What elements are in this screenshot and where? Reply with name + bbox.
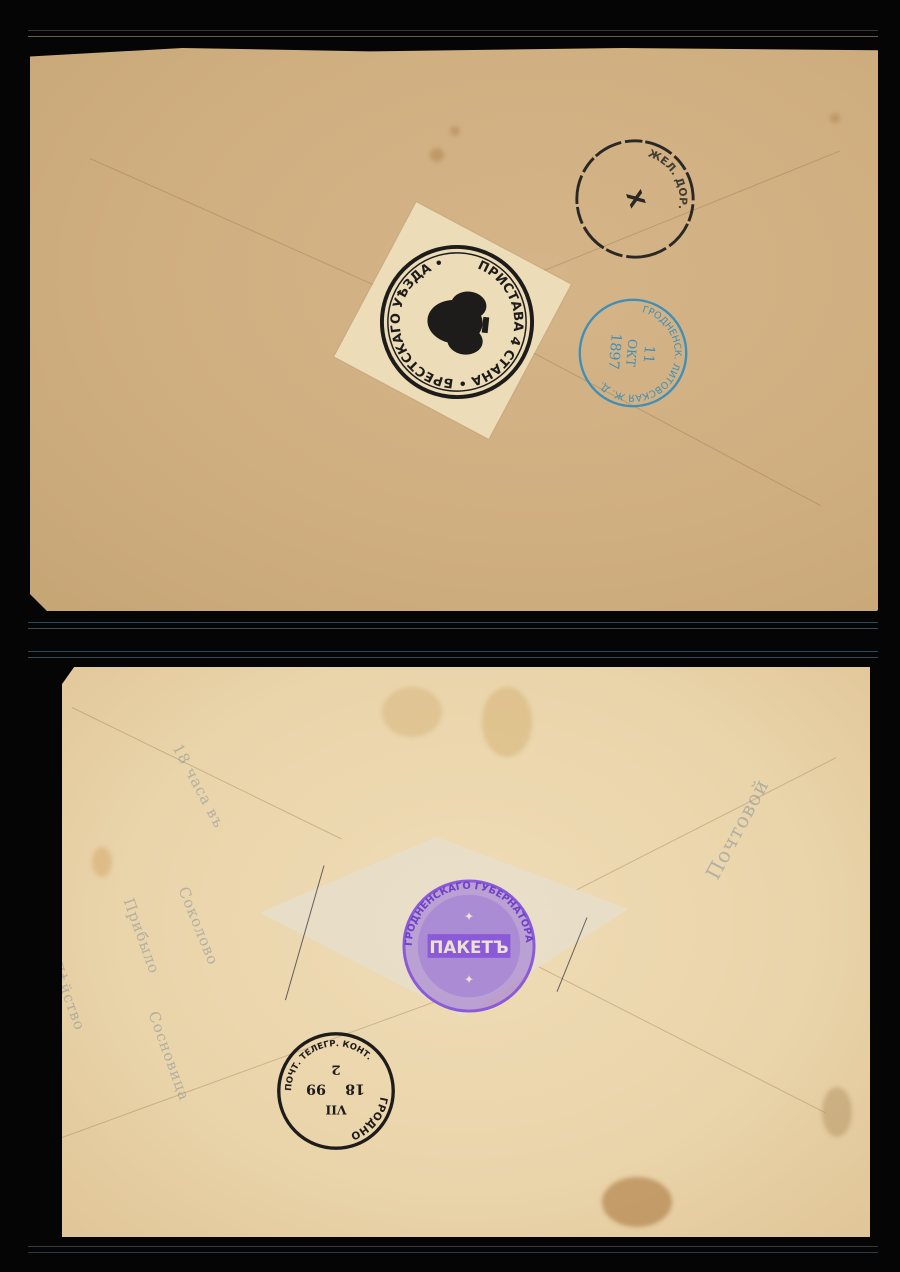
stock-card-rule xyxy=(28,1252,878,1253)
stock-card-rule xyxy=(28,36,878,37)
svg-text:✦: ✦ xyxy=(464,972,474,986)
svg-text:11: 11 xyxy=(640,345,658,364)
faint-printed-text: Почтовой xyxy=(701,775,774,884)
svg-text:VII: VII xyxy=(325,1102,347,1117)
violet-packet-seal: ГРОДНЕНСКАГО ГУБЕРНАТОРА ПАКЕТЪ ✦ ✦ xyxy=(400,877,538,1015)
svg-text:X: X xyxy=(620,187,649,211)
faint-printed-text: 18 часа въ xyxy=(169,741,228,831)
postmark-grodno: ГРОДНО ПОЧТ. ТЕЛЕГР. КОНТ. VII 18 99 2 xyxy=(274,1029,398,1153)
stain xyxy=(830,113,840,123)
stain xyxy=(382,687,442,737)
envelope-top: ПРИСТАВА 4 СТАНА • БРЕСТСКАГО УѢЗДА • ЖЕ… xyxy=(30,48,878,611)
stain xyxy=(602,1177,672,1227)
stock-card-rule xyxy=(28,657,878,658)
stain xyxy=(450,126,460,136)
stock-card-rule xyxy=(28,651,878,652)
flap-fold xyxy=(542,757,836,908)
stock-card-rule xyxy=(28,30,878,31)
svg-text:ОКТ: ОКТ xyxy=(623,338,639,368)
stain xyxy=(482,687,532,757)
svg-text:99: 99 xyxy=(306,1080,326,1096)
stain xyxy=(822,1087,852,1137)
official-seal-stamp: ПРИСТАВА 4 СТАНА • БРЕСТСКАГО УѢЗДА • xyxy=(370,235,544,409)
stock-card-rule xyxy=(28,622,878,623)
faint-printed-text: Дѣйство xyxy=(47,959,89,1033)
svg-text:✦: ✦ xyxy=(464,909,474,923)
envelope-bottom: Почтовой Прибыло Соколово Дѣйство Соснов… xyxy=(62,667,870,1237)
svg-text:1897: 1897 xyxy=(605,333,624,371)
stain xyxy=(92,847,112,877)
faint-printed-text: Сосновица xyxy=(144,1009,193,1103)
svg-text:18: 18 xyxy=(345,1080,365,1096)
faint-printed-text: Прибыло xyxy=(120,896,164,977)
stain xyxy=(430,148,444,162)
stock-card-rule xyxy=(28,628,878,629)
postmark-blue: ГРОДНЕНСК. ЛИТОВСКАЯ Ж. Д. 11 ОКТ 1897 xyxy=(571,291,695,415)
stock-card-rule xyxy=(28,1246,878,1247)
faint-printed-text: Соколово xyxy=(175,884,223,968)
svg-text:2: 2 xyxy=(331,1061,340,1077)
svg-text:ПАКЕТЪ: ПАКЕТЪ xyxy=(429,937,508,957)
flap-fold xyxy=(90,158,419,305)
svg-text:ГРОДНО: ГРОДНО xyxy=(349,1096,390,1142)
